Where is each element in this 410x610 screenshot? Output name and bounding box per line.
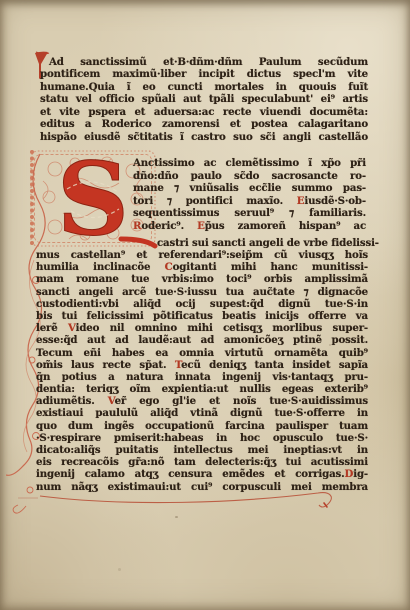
text-line: dentia: teriqʒ oĩm expientia:ut nullis e…	[36, 383, 368, 395]
text-line: castri sui sancti angeli de vrbe fidelis…	[157, 237, 366, 249]
text-line: sancti angeli arcẽ tue·S·iussu tua auc̃t…	[36, 286, 368, 298]
text-line: mam romane tue vrbis:imo toci⁹ orbis amp…	[36, 273, 368, 285]
text-line: bis tui felicissimi põtificatus beatis i…	[36, 310, 368, 322]
text-line: mus castellan⁹ et referendari⁹:seip̃m cũ…	[36, 249, 368, 261]
text-line: ingenij calamo atqʒ censura emẽdes et co…	[36, 468, 368, 480]
text-line: Roderic⁹. Ep̃us zamoreñ hispan⁹ ac	[133, 220, 366, 233]
text-line: sequentissimus seruul⁹ ⁊ familiaris.	[133, 207, 366, 220]
text-line: statu vel officio spũali aut tpãli specu…	[40, 93, 368, 105]
text-line: esse:q̃d aut ad laudẽ:aut ad amonicõeʒ p…	[36, 334, 368, 346]
text-line: ·S·respirare pmiserit:habeas in hoc opus…	[36, 432, 368, 444]
incipit-paragraph: Ad sanctissimũ et·B·dñm·dñm Paulum secũd…	[40, 56, 368, 143]
text-line: pontificem maximũ·liber incipit dictus s…	[40, 68, 368, 80]
text-line: lerẽ Video nil omnino mihi cetisqʒ morli…	[36, 322, 368, 334]
text-line: Tecum eñi habes ea omnia virtutũ ornamẽt…	[36, 347, 368, 359]
text-line: humilia inclinacõe Cogitanti mihi hanc m…	[36, 261, 368, 273]
text-line: eis recreacõis gr̃a:nõ tam delecteris:q̃…	[36, 456, 368, 468]
text-line: hispão eiusdẽ sc̃titatis ĩ castro suo sc…	[40, 131, 368, 143]
dedication-body: mus castellan⁹ et referendari⁹:seip̃m cũ…	[36, 249, 368, 493]
text-line: Anctissimo ac clemẽtissimo ĩ xp̃o pr̃i	[133, 157, 366, 170]
text-line: dño:dño paulo sc̃do sacrosancte ro-	[133, 170, 366, 183]
parchment-speck	[118, 568, 121, 571]
text-line: om̃is laus recte sp̃at. Tecũ deniqʒ tant…	[36, 359, 368, 371]
dedication-indent-line: castri sui sancti angeli de vrbe fidelis…	[157, 237, 366, 249]
text-line: Ad sanctissimũ et·B·dñm·dñm Paulum secũd…	[40, 56, 368, 68]
text-line: adiumẽtis. Ver̃ ego gl'ie et noĩs tue·S·…	[36, 395, 368, 407]
text-line: q̃n potius a natura innata ingenij vis·t…	[36, 371, 368, 383]
parchment-page: S Ad sanctissimũ et·B·dñm·dñm Paulum sec…	[0, 0, 410, 610]
dedication-indent-column: Anctissimo ac clemẽtissimo ĩ xp̃o pr̃idñ…	[133, 157, 366, 232]
text-line: num nãqʒ existimaui:ut cui⁹ corpusculi m…	[36, 481, 368, 493]
text-line: tori ⁊ pontifici maxĩo. Eiusdẽ·S·ob-	[133, 195, 366, 208]
text-line: custodienti:vbi aliq̃d ocij supest:q̃d d…	[36, 298, 368, 310]
text-line: existiaui paululũ aliq̃d vtinã dignũ tue…	[36, 407, 368, 419]
svg-text:S: S	[57, 149, 129, 251]
text-line: editus a Roderico zamorensi et postea ca…	[40, 118, 368, 130]
text-line: quo dum ingẽs occupationũ farcina paulis…	[36, 420, 368, 432]
text-line: dicato:aliq̃s puitatis intellectus mei i…	[36, 444, 368, 456]
text-line: mane ⁊ vniũsalis ecc̃lie summo pas-	[133, 182, 366, 195]
text-line: et vite pspera et aduersa:ac recte viuen…	[40, 106, 368, 118]
text-line: humane.Quia ĩ eo cuncti mortales in quou…	[40, 81, 368, 93]
